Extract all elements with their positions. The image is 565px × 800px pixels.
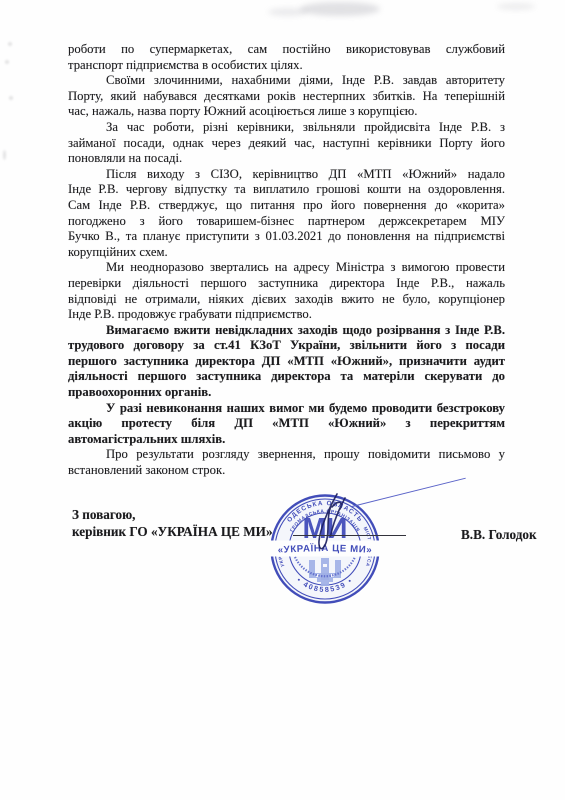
letter-line: Сам Інде Р.В. стверджує, що питання про …: [68, 198, 505, 214]
scan-smudge: [497, 3, 535, 10]
svg-text:«УКРАЇНА ЦЕ МИ»: «УКРАЇНА ЦЕ МИ»: [277, 543, 372, 556]
letter-line: перевірки діяльності першого заступника …: [68, 276, 505, 292]
letter-line: транспорт підприємства в особистих цілях…: [68, 58, 505, 74]
letter-line: Ми неодноразово звертались на адресу Мін…: [68, 260, 505, 276]
letter-line: час, нажаль, назва порту Южний асоціюєть…: [68, 104, 505, 120]
signer-name: В.В. Голодок: [461, 527, 537, 543]
letter-line: За час роботи, різні керівники, звільнял…: [68, 120, 505, 136]
letter-line: трудового договору за ст.41 КЗоТ України…: [68, 338, 505, 354]
letter-line: У разі невиконання наших вимог ми будемо…: [68, 401, 505, 417]
stamp-monogram: МИ: [302, 513, 347, 545]
letter-body: роботи по супермаркетах, сам постійно ви…: [68, 42, 505, 479]
scanned-letter-page: роботи по супермаркетах, сам постійно ви…: [0, 0, 565, 800]
letter-line: Інде Р.В. чергову відпустку та виплатило…: [68, 182, 505, 198]
stamp-banner-text: «УКРАЇНА ЦЕ МИ»: [277, 543, 372, 556]
letter-line: Порту, який набувався десятками років не…: [68, 89, 505, 105]
letter-line: Після виходу з СІЗО, керівництво ДП «МТП…: [68, 167, 505, 183]
letter-line: автомагістральних шляхів.: [68, 432, 505, 448]
closing-salutation: З повагою,: [72, 507, 273, 524]
scan-speck: [5, 60, 9, 64]
letter-line: діяльності першого заступника директора …: [68, 369, 505, 385]
closing-block: З повагою, керівник ГО «УКРАЇНА ЦЕ МИ»: [72, 507, 273, 540]
letter-line: погоджено з його товаришем-бізнес партне…: [68, 214, 505, 230]
letter-line: займаної посади, однак через деякий час,…: [68, 136, 505, 152]
letter-line: корупційних схем.: [68, 245, 505, 261]
closing-role: керівник ГО «УКРАЇНА ЦЕ МИ»: [72, 524, 273, 541]
scan-smudge: [300, 2, 380, 16]
letter-line: першого заступника директора ДП «МТП «Юж…: [68, 354, 505, 370]
letter-line: Своїми злочинними, нахабними діями, Інде…: [68, 73, 505, 89]
letter-line: відповіді не отримали, ніяких дієвих зах…: [68, 292, 505, 308]
letter-line: акцію протесту біля ДП «МТП «Южний» з пе…: [68, 416, 505, 432]
letter-line: Про результати розгляду звернення, прошу…: [68, 447, 505, 463]
letter-line: Інде Р.В. продовжує грабувати підприємст…: [68, 307, 505, 323]
letter-line: поновляли на посаді.: [68, 151, 505, 167]
letter-line: Бучко В., та планує приступити з 01.03.2…: [68, 229, 505, 245]
organization-stamp-icon: МИ ОДЕСЬКА ОБЛАСТЬ УКРАЇНА МІСТО ОДЕСА Г…: [250, 474, 400, 624]
letter-line: Вимагаємо вжити невідкладних заходів щод…: [68, 323, 505, 339]
scan-smudge: [268, 8, 308, 16]
letter-line: роботи по супермаркетах, сам постійно ви…: [68, 42, 505, 58]
scan-speck: [8, 42, 12, 46]
signature-line: [293, 535, 406, 536]
scan-speck: [3, 150, 6, 160]
scan-speck: [9, 96, 13, 100]
letter-line: правоохоронних органів.: [68, 385, 505, 401]
